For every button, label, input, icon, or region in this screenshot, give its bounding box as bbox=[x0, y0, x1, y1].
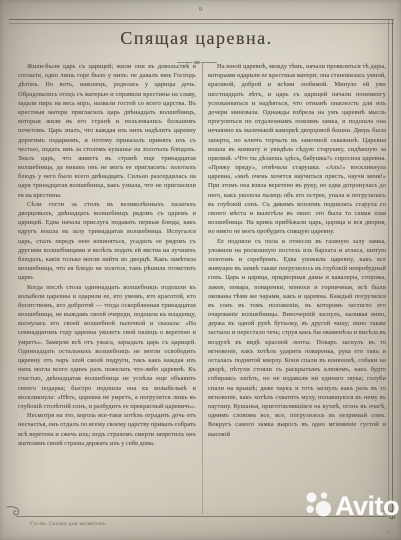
paragraph: На юной царевнѣ, между тѣмъ, начали проя… bbox=[208, 62, 386, 237]
avito-watermark: Avito bbox=[303, 489, 399, 524]
paragraph: Ее подняли съ пола и отнесли въ главную … bbox=[208, 237, 386, 439]
avito-wordmark: Avito bbox=[335, 491, 399, 522]
article-body: Жили-были царь съ царицей; жили они въ д… bbox=[18, 62, 386, 514]
paragraph: Сѣли гости за столъ въ великолѣпныхъ пал… bbox=[18, 200, 196, 283]
book-page-photo: 9 Спящая царевна. Жили-были царь съ цари… bbox=[0, 0, 401, 540]
paragraph: Жили-были царь съ царицей; жили они въ д… bbox=[18, 62, 196, 200]
page-number: 9 bbox=[0, 6, 401, 13]
paragraph: Когда послѣ стола одиннадцать волшебницъ… bbox=[18, 283, 196, 412]
column-divider-rule bbox=[202, 62, 203, 514]
corner-flourish-icon bbox=[6, 504, 21, 523]
footer-caption: Гусли. Сказка для малютокъ. bbox=[30, 521, 107, 527]
page-title: Спящая царевна. bbox=[0, 28, 393, 49]
avito-logo-icon bbox=[303, 489, 333, 524]
right-column: На юной царевнѣ, между тѣмъ, начали проя… bbox=[208, 62, 386, 514]
frame-right-rule bbox=[388, 20, 393, 518]
frame-top-rule bbox=[9, 19, 394, 24]
paragraph: Несмотря на это, король все-таки хотѣлъ … bbox=[18, 411, 196, 448]
left-column: Жили-были царь съ царицей; жили они въ д… bbox=[18, 62, 196, 514]
signature-mark: 1 bbox=[387, 530, 390, 536]
